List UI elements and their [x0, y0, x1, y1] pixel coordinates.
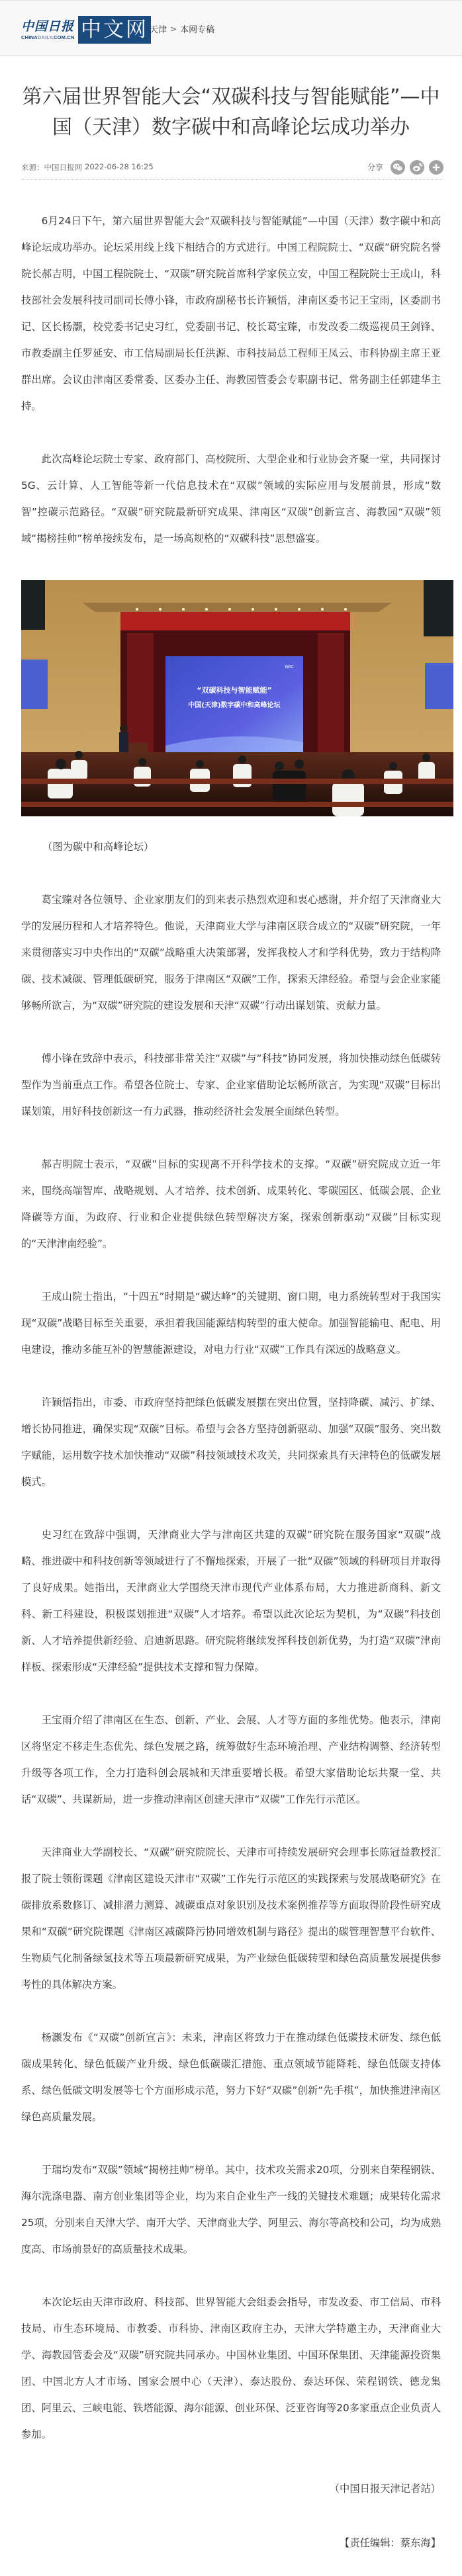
wechat-icon: [393, 163, 403, 172]
paragraph: 许颖悟指出，市委、市政府坚持把绿色低碳发展摆在突出位置，坚持降碳、减污、扩绿、增…: [21, 1389, 441, 1495]
article-title: 第六届世界智能大会“双碳科技与智能赋能”—中国（天津）数字碳中和高峰论坛成功举办: [20, 82, 442, 143]
paragraph: 郝吉明院士表示，“双碳”目标的实现离不开科学技术的支撑。“双碳”研究院成立近一年…: [21, 1151, 441, 1257]
forum-photo: “双碳科技与智能赋能” 中国(天津)数字碳中和高峰论坛 WIC: [21, 580, 453, 816]
logo-box: 中文网: [78, 16, 151, 44]
screen-logo: WIC: [285, 664, 294, 669]
wechat-share-button[interactable]: [391, 160, 405, 175]
share-label: 分享: [367, 161, 383, 173]
breadcrumb-tianjin[interactable]: 天津: [150, 22, 167, 35]
site-header: 中国日报 CHINADAILY.COM.CN 中文网 天津 > 本网专稿: [0, 0, 462, 56]
photo-caption: （图为碳中和高峰论坛）: [21, 834, 441, 860]
more-share-button[interactable]: [429, 160, 443, 175]
logo-url: CHINADAILY.COM.CN: [21, 34, 78, 41]
logo-url-part: .COM.CN: [52, 34, 75, 40]
paragraph: 此次高峰论坛院士专家、政府部门、高校院所、大型企业和行业协会齐聚一堂，共同探讨5…: [21, 446, 441, 552]
logo-cn-name: 中国日报: [21, 19, 78, 34]
paragraph: 史习红在致辞中强调，天津商业大学与津南区共建的双碳”研究院在服务国家“双碳”战略…: [21, 1522, 441, 1680]
logo-wordmark: 中国日报 CHINADAILY.COM.CN: [21, 16, 78, 44]
logo-url-part: DAILY: [38, 34, 52, 40]
breadcrumb: 天津 > 本网专稿: [150, 22, 214, 35]
share-bar: 分享: [367, 160, 443, 175]
china-daily-logo[interactable]: 中国日报 CHINADAILY.COM.CN 中文网: [21, 16, 151, 44]
breadcrumb-separator: >: [170, 24, 177, 34]
paragraph: 王宝雨介绍了津南区在生态、创新、产业、会展、人才等方面的多维优势。他表示，津南区…: [21, 1707, 441, 1813]
paragraph: 本次论坛由天津市政府、科技部、世界智能大会组委会指导，市发改委、市工信局、市科技…: [21, 2289, 441, 2448]
weibo-icon: [412, 163, 422, 172]
plus-icon: [432, 163, 440, 171]
article-source: 来源：中国日报网: [21, 162, 82, 173]
paragraph: 傅小锋在致辞中表示，科技部非常关注“双碳”与“科技”协同发展，将加快推动绿色低碳…: [21, 1045, 441, 1125]
screen-line-1: “双碳科技与智能赋能”: [197, 685, 271, 695]
weibo-share-button[interactable]: [410, 160, 424, 175]
paragraph: 于瑞均发布“双碳”领域“揭榜挂帅”榜单。其中，技术攻关需求20项，分别来自荣程钢…: [21, 2157, 441, 2262]
article-info: 来源：中国日报网 2022-06-28 16:25: [21, 162, 154, 173]
paragraph: 6月24日下午，第六届世界智能大会“双碳科技与智能赋能”—中国（天津）数字碳中和…: [21, 208, 441, 419]
screen-line-2: 中国(天津)数字碳中和高峰论坛: [188, 701, 281, 709]
paragraph: 葛宝臻对各位领导、企业家朋友们的到来表示热烈欢迎和衷心感谢，并介绍了天津商业大学…: [21, 886, 441, 1019]
paragraph: 王成山院士指出，“十四五”时期是“碳达峰”的关键期、窗口期，电力系统转型对于我国…: [21, 1283, 441, 1363]
source-footer: （中国日报天津记者站）: [21, 2475, 441, 2502]
breadcrumb-exclusive[interactable]: 本网专稿: [180, 22, 214, 35]
editor-credit: 【责任编辑：蔡东海】: [21, 2530, 441, 2556]
forum-photo-illustration: “双碳科技与智能赋能” 中国(天津)数字碳中和高峰论坛 WIC: [21, 580, 453, 816]
paragraph: 杨灏发布《“双碳”创新宣言》：未来，津南区将致力于在推动绿色低碳技术研发、绿色低…: [21, 2024, 441, 2130]
logo-url-part: CHINA: [21, 34, 38, 40]
article-body: 6月24日下午，第六届世界智能大会“双碳科技与智能赋能”—中国（天津）数字碳中和…: [0, 180, 462, 2576]
article-meta: 来源：中国日报网 2022-06-28 16:25 分享: [21, 160, 443, 180]
article-datetime: 2022-06-28 16:25: [85, 162, 154, 173]
paragraph: 天津商业大学副校长、“双碳”研究院院长、天津市可持续发展研究会理事长陈冠益教授汇…: [21, 1839, 441, 1998]
